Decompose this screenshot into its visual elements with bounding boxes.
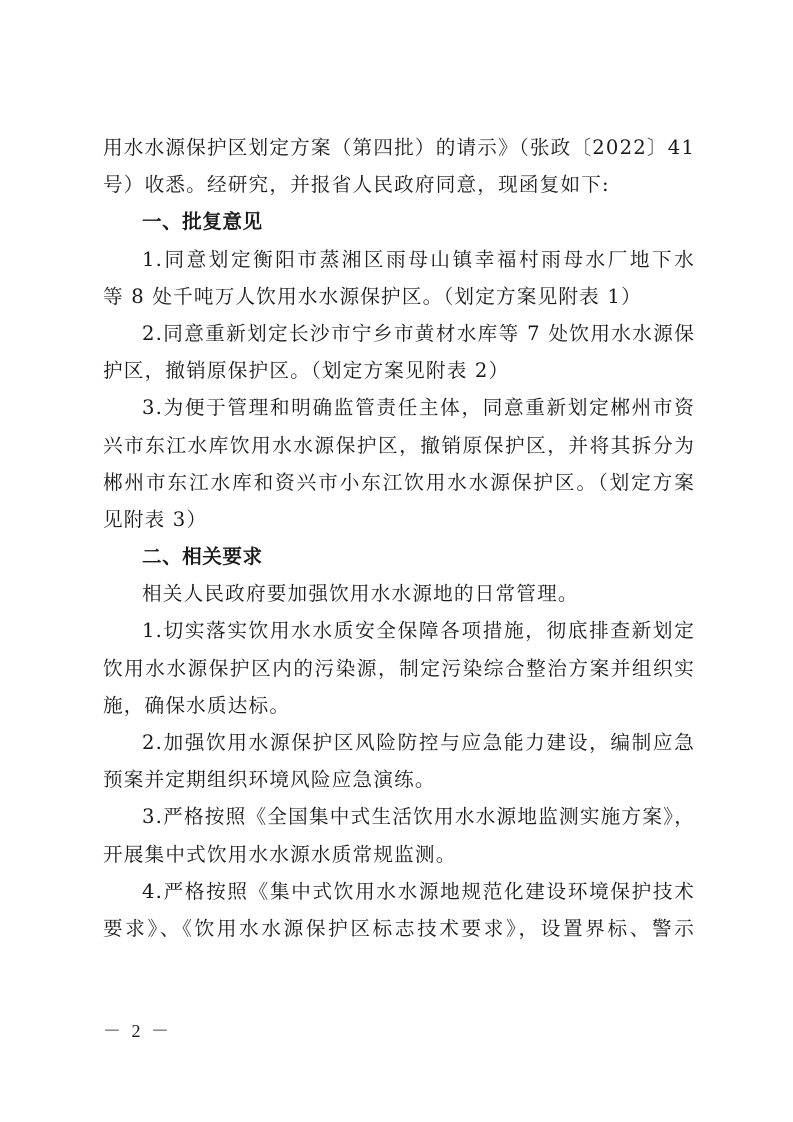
- approval-item-3-line-1: 3.为便于管理和明确监管责任主体，同意重新划定郴州市资: [103, 389, 695, 426]
- approval-item-1-line-1: 1.同意划定衡阳市蒸湘区雨母山镇幸福村雨母水厂地下水: [103, 241, 695, 278]
- page-number: － 2 －: [103, 1017, 172, 1043]
- requirement-item-1-line-2: 饮用水水源保护区内的污染源，制定污染综合整治方案并组织实: [103, 650, 695, 687]
- requirement-item-4-line-1: 4.严格按照《集中式饮用水水源地规范化建设环境保护技术: [103, 873, 695, 910]
- requirement-item-3-line-2: 开展集中式饮用水水源水质常规监测。: [103, 836, 695, 873]
- requirement-item-4-line-2: 要求》、《饮用水水源保护区标志技术要求》，设置界标、警示: [103, 910, 695, 947]
- approval-item-2-line-2: 护区，撤销原保护区。（划定方案见附表 2）: [103, 352, 695, 389]
- approval-item-3-line-2: 兴市东江水库饮用水水源保护区，撤销原保护区，并将其拆分为: [103, 427, 695, 464]
- intro-line-1: 用水水源保护区划定方案（第四批）的请示》（张政〔2022〕41: [103, 129, 695, 166]
- approval-item-3-line-4: 见附表 3）: [103, 501, 695, 538]
- requirement-item-1-line-1: 1.切实落实饮用水水质安全保障各项措施，彻底排查新划定: [103, 612, 695, 649]
- requirement-item-2-line-1: 2.加强饮用水源保护区风险防控与应急能力建设，编制应急: [103, 724, 695, 761]
- approval-item-1-line-2: 等 8 处千吨万人饮用水水源保护区。（划定方案见附表 1）: [103, 278, 695, 315]
- approval-item-2-line-1: 2.同意重新划定长沙市宁乡市黄材水库等 7 处饮用水水源保: [103, 315, 695, 352]
- approval-item-3-line-3: 郴州市东江水库和资兴市小东江饮用水水源保护区。（划定方案: [103, 464, 695, 501]
- section-heading-requirements: 二、相关要求: [103, 538, 695, 575]
- requirements-intro: 相关人民政府要加强饮用水水源地的日常管理。: [103, 575, 695, 612]
- section-heading-approval: 一、批复意见: [103, 203, 695, 240]
- requirement-item-2-line-2: 预案并定期组织环境风险应急演练。: [103, 761, 695, 798]
- document-body: 用水水源保护区划定方案（第四批）的请示》（张政〔2022〕41 号）收悉。经研究…: [103, 129, 695, 947]
- requirement-item-1-line-3: 施，确保水质达标。: [103, 687, 695, 724]
- requirement-item-3-line-1: 3.严格按照《全国集中式生活饮用水水源地监测实施方案》，: [103, 798, 695, 835]
- intro-line-2: 号）收悉。经研究，并报省人民政府同意，现函复如下:: [103, 166, 695, 203]
